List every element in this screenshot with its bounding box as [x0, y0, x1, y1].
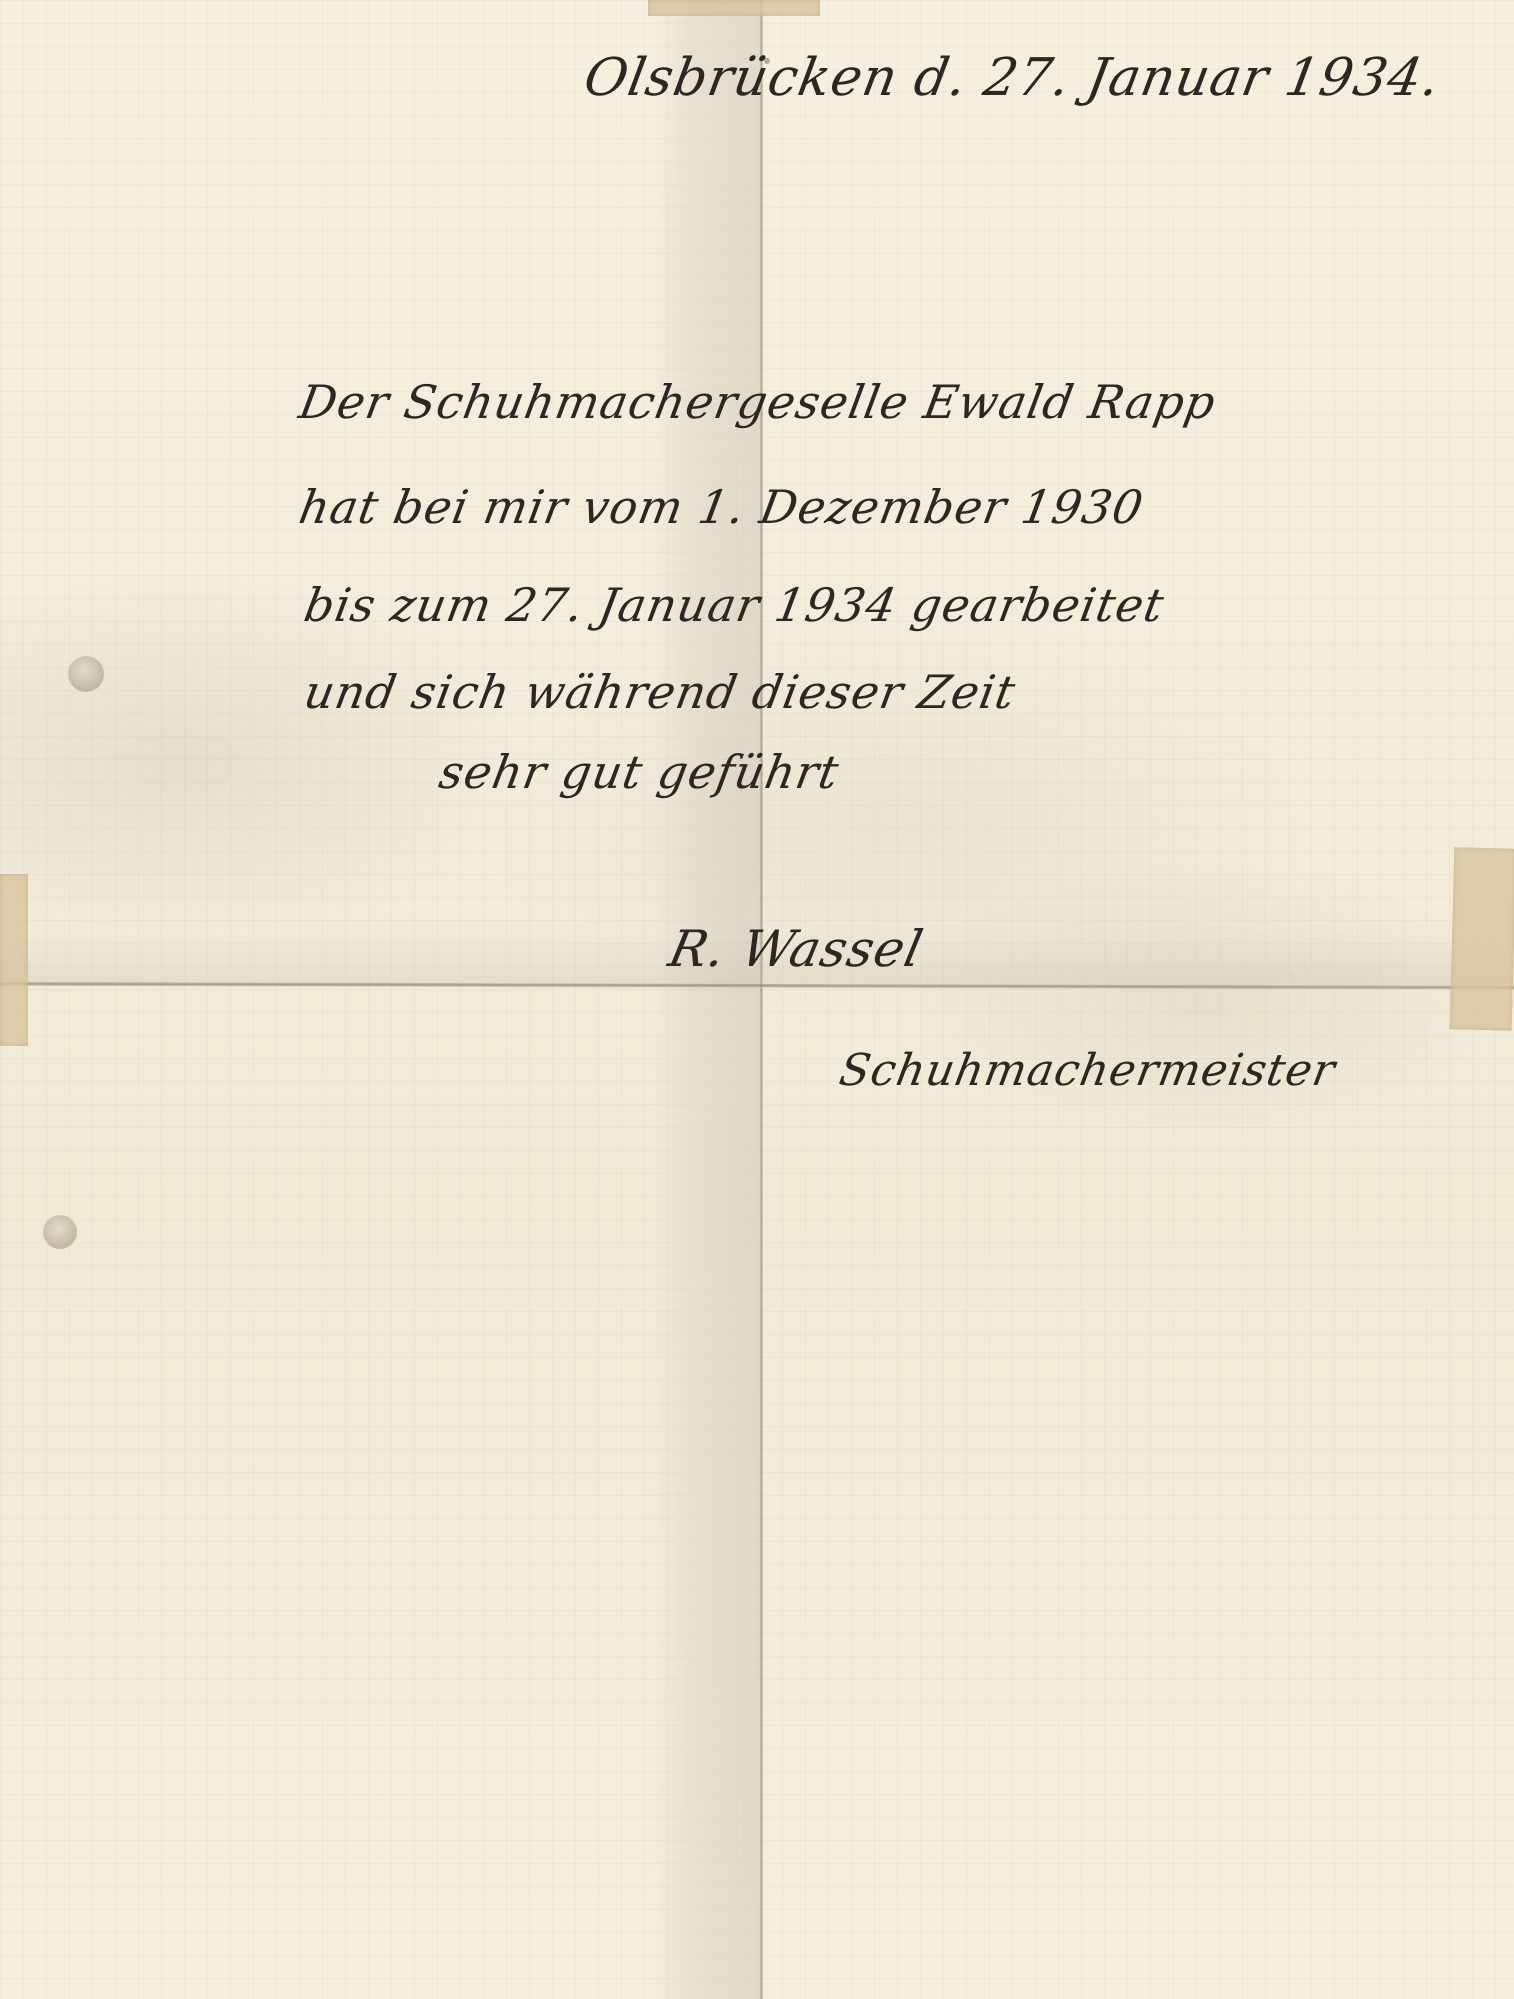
signature-title: Schuhmachermeister: [836, 1045, 1340, 1096]
body-line-3: bis zum 27. Januar 1934 gearbeitet: [300, 578, 1168, 632]
tape-left: [0, 874, 28, 1046]
punch-hole-lower: [43, 1215, 77, 1249]
body-line-1: Der Schuhmachergeselle Ewald Rapp: [295, 375, 1220, 429]
signature: R. Wassel: [664, 920, 929, 978]
body-line-2: hat bei mir vom 1. Dezember 1930: [295, 480, 1148, 534]
letter-dateline: Olsbrücken d. 27. Januar 1934.: [580, 48, 1445, 108]
body-line-4: und sich während dieser Zeit: [300, 665, 1020, 719]
tape-top: [648, 0, 820, 16]
punch-hole-upper: [68, 656, 104, 692]
body-line-5: sehr gut geführt: [435, 745, 843, 799]
tape-right: [1450, 847, 1514, 1031]
vertical-fold-shadow: [652, 0, 760, 1999]
vertical-fold-crease: [760, 0, 763, 1999]
